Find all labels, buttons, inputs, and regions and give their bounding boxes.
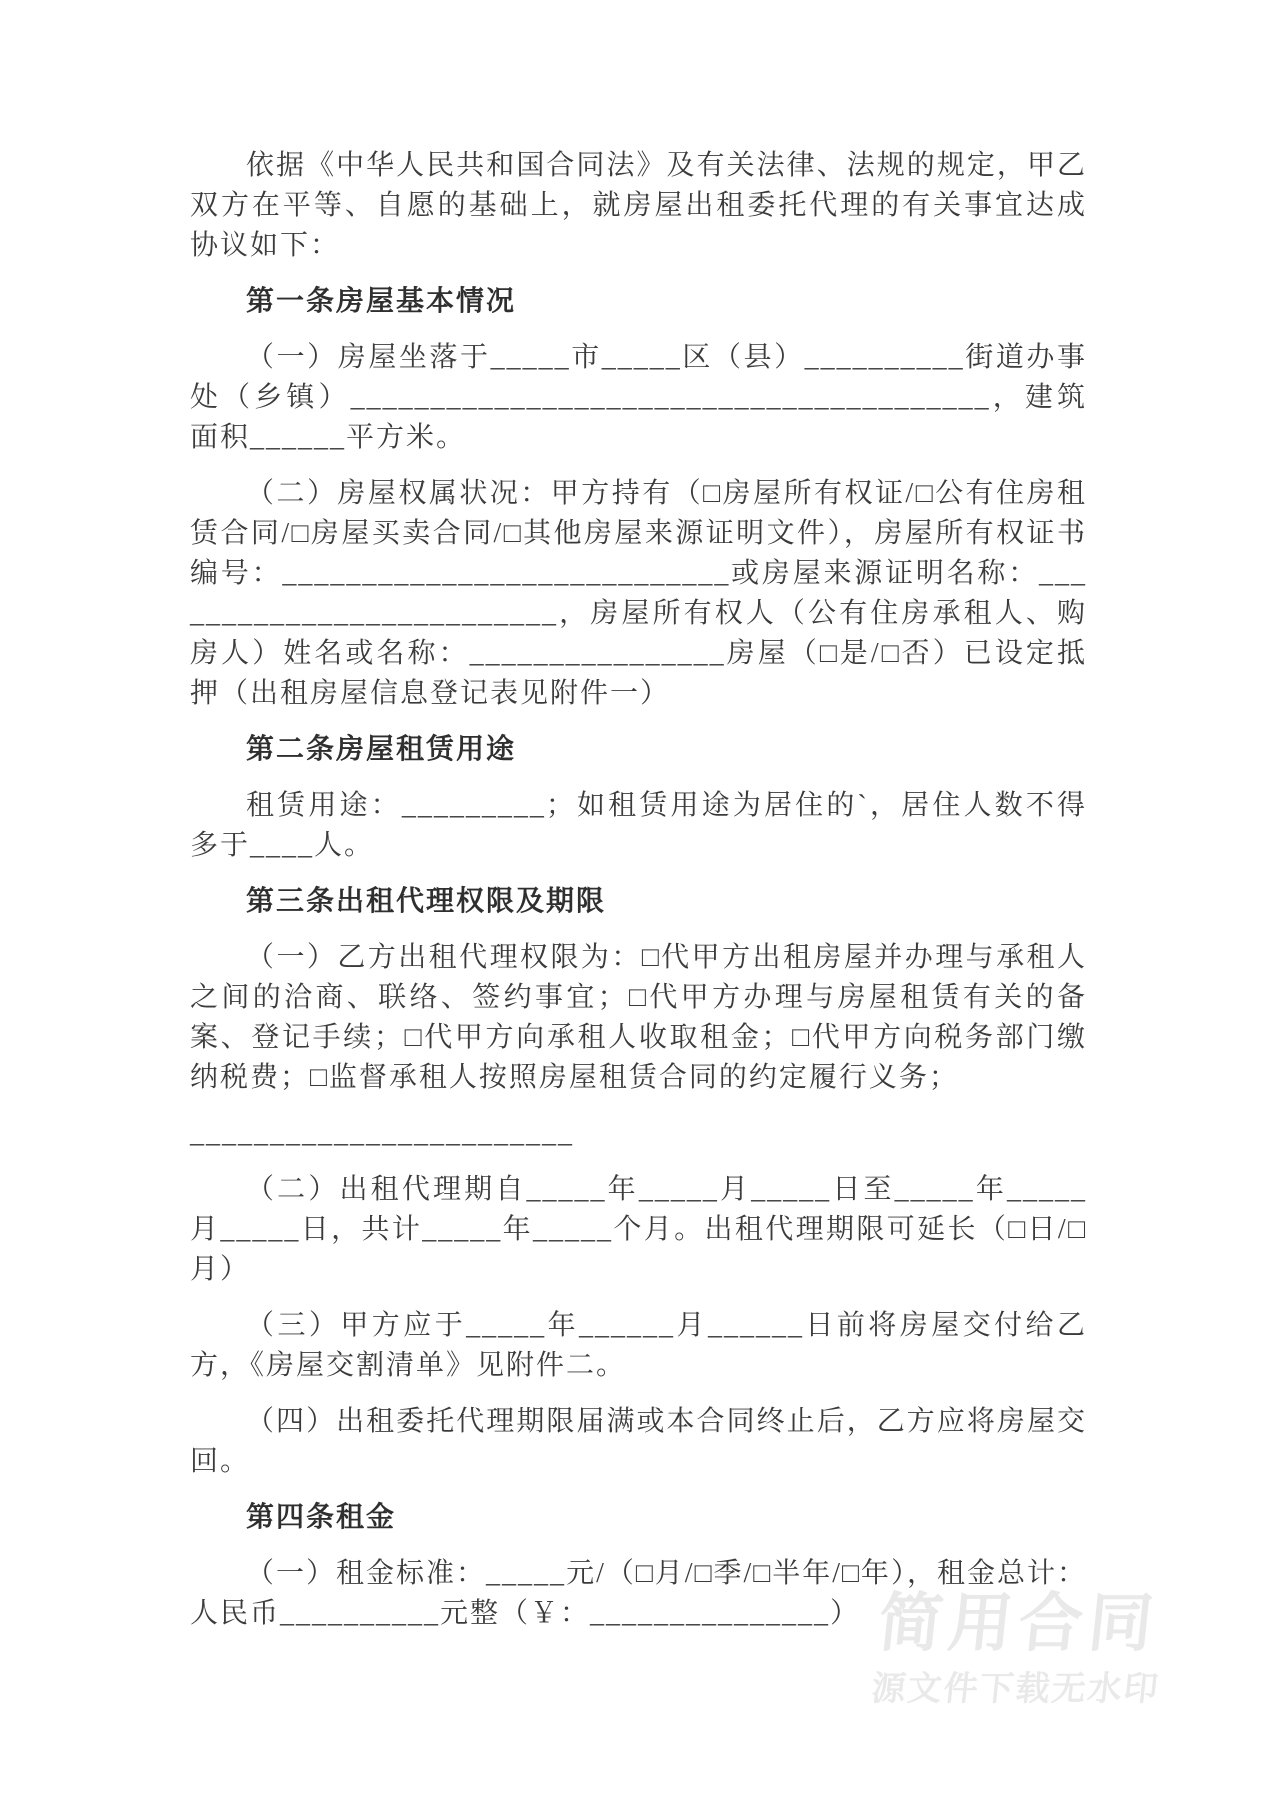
article-3-heading: 第三条出租代理权限及期限	[190, 882, 1087, 922]
article-3-clause-3: （三）甲方应于_____年______月______日前将房屋交付给乙方，《房屋…	[190, 1306, 1087, 1386]
article-1-clause-1: （一）房屋坐落于_____市_____区（县）__________街道办事处（乡…	[190, 338, 1087, 458]
contract-body: 依据《中华人民共和国合同法》及有关法律、法规的规定，甲乙双方在平等、自愿的基础上…	[190, 146, 1087, 1650]
blank-fill-line: ________________________	[190, 1114, 1087, 1154]
article-4-clause-1: （一）租金标准：_____元/（□月/□季/□半年/□年），租金总计：人民币__…	[190, 1554, 1087, 1634]
article-2-paragraph: 租赁用途：_________；如租赁用途为居住的`，居住人数不得多于____人。	[190, 786, 1087, 866]
article-3-clause-2: （二）出租代理期自_____年_____月_____日至_____年_____月…	[190, 1170, 1087, 1290]
watermark-subtitle-text: 源文件下载无水印	[870, 1670, 1194, 1708]
article-1-clause-2: （二）房屋权属状况：甲方持有（□房屋所有权证/□公有住房租赁合同/□房屋买卖合同…	[190, 474, 1087, 714]
article-1-heading: 第一条房屋基本情况	[190, 282, 1087, 322]
intro-paragraph: 依据《中华人民共和国合同法》及有关法律、法规的规定，甲乙双方在平等、自愿的基础上…	[190, 146, 1087, 266]
article-3-clause-1: （一）乙方出租代理权限为：□代甲方出租房屋并办理与承租人之间的洽商、联络、签约事…	[190, 938, 1087, 1098]
contract-page: 依据《中华人民共和国合同法》及有关法律、法规的规定，甲乙双方在平等、自愿的基础上…	[0, 0, 1280, 1810]
article-3-clause-4: （四）出租委托代理期限届满或本合同终止后，乙方应将房屋交回。	[190, 1402, 1087, 1482]
article-2-heading: 第二条房屋租赁用途	[190, 730, 1087, 770]
article-4-heading: 第四条租金	[190, 1498, 1087, 1538]
